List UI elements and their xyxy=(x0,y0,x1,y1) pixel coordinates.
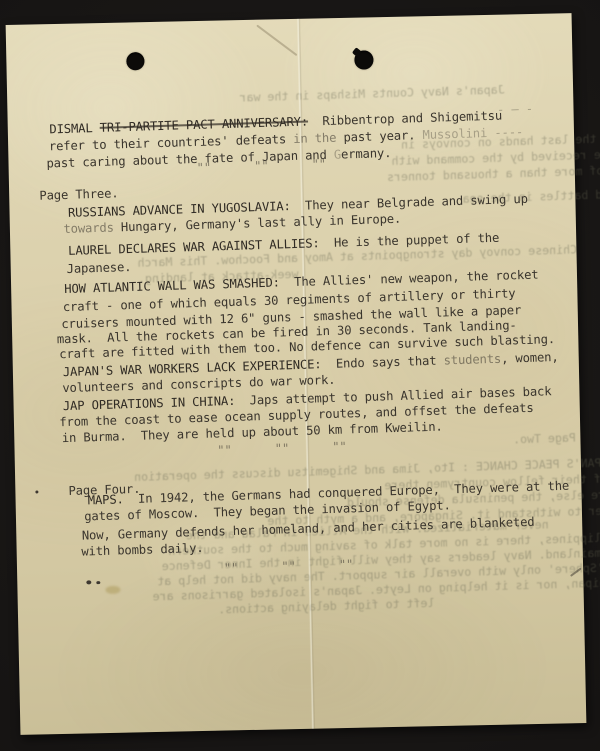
body-line: with bombs daily. xyxy=(81,541,204,559)
body-line: Japanese. xyxy=(66,260,131,276)
ink-speck-3 xyxy=(35,490,38,493)
paper-sheet: Japan's Navy Counts Mishaps in the warth… xyxy=(6,13,587,735)
quote-separator: "" "" "" xyxy=(224,557,354,575)
text-layer: DISMAL TRI-PARTITE PACT ANNIVERSARY: Rib… xyxy=(2,11,589,738)
quote-separator: "" "" "" xyxy=(196,157,326,175)
dash-tail: - — - xyxy=(497,102,533,117)
page-three-label: Page Three. xyxy=(39,186,118,202)
headline-laurel-declares: LAUREL DECLARES WAR AGAINST ALLIES: He i… xyxy=(68,231,499,258)
ink-speck-2 xyxy=(96,581,100,584)
scan-background: Japan's Navy Counts Mishaps in the warth… xyxy=(0,0,600,751)
quote-separator: "" "" "" xyxy=(217,439,347,457)
